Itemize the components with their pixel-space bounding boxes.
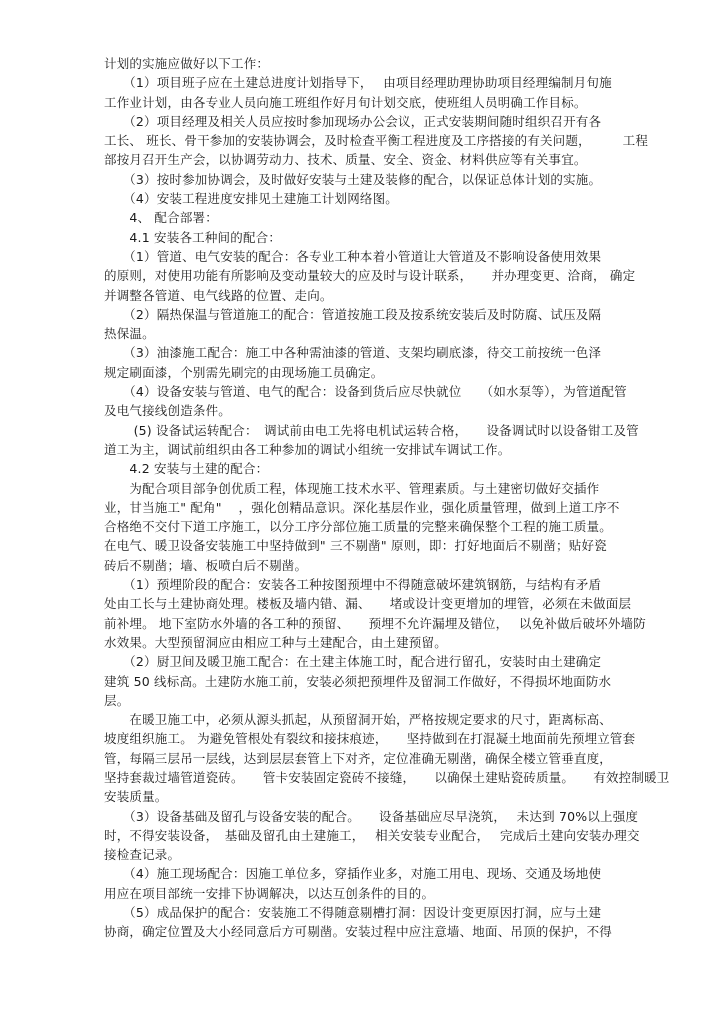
text-line: 坡度组织施工。 为避免管根处有裂纹和接抹痕迹， 坚持做到在打混凝土地面前先预埋立… bbox=[104, 729, 644, 748]
section-heading-4-2: 4.2 安装与土建的配合： bbox=[104, 459, 644, 478]
section-heading-4: 4、 配合部署： bbox=[104, 208, 644, 227]
text-line: 工长、 班长、骨干参加的安装协调会，及时检查平衡工程进度及工序搭接的有关问题， … bbox=[104, 131, 644, 150]
text-line: 为配合项目部争创优质工程，体现施工技术水平、管理素质。与土建密切做好交插作 bbox=[104, 479, 644, 498]
text-line: （2）项目经理及相关人员应按时参加现场办公会议，正式安装期间随时组织召开有各 bbox=[104, 112, 644, 131]
text-line: 时，不得安装设备， 基础及留孔由土建施工， 相关安装专业配合， 完成后土建向安装… bbox=[104, 826, 644, 845]
text-line: 处由工长与土建协商处理。楼板及墙内错、漏、 堵或设计变更增加的埋管，必须在未做面… bbox=[104, 594, 644, 613]
text-line: 业，甘当施工" 配角" ，强化创精品意识。深化基层作业，强化质量管理，做到上道工… bbox=[104, 498, 644, 517]
text-line: 前补埋。 地下室防水外墙的各工种的预留、 预埋不允许漏埋及错位， 以免补做后破坏… bbox=[104, 614, 644, 633]
text-line: （3）油漆施工配合：施工中各种需油漆的管道、支架均刷底漆，待交工前按统一色泽 bbox=[104, 343, 644, 362]
document-text-block: 计划的实施应做好以下工作： （1）项目班子应在土建总进度计划指导下， 由项目经理… bbox=[104, 54, 644, 942]
text-line: 管，每隔三层吊一层线，达到层层套管上下对齐，定位准确无剔凿，确保全楼立管垂直度， bbox=[104, 749, 644, 768]
text-line: 规定刷面漆，个别需先刷完的由现场施工员确定。 bbox=[104, 363, 644, 382]
text-line: 建筑 50 线标高。土建防水施工前，安装必须把预埋件及留洞工作做好，不得损坏地面… bbox=[104, 672, 644, 691]
text-line: （5）成品保护的配合：安装施工不得随意剔槽打洞：因设计变更原因打洞，应与土建 bbox=[104, 903, 644, 922]
text-line: 并调整各管道、电气线路的位置、走向。 bbox=[104, 286, 644, 305]
text-line: 在暖卫施工中，必须从源头抓起，从预留洞开始，严格按规定要求的尺寸，距离标高、 bbox=[104, 710, 644, 729]
text-line: （4）施工现场配合：因施工单位多，穿插作业多，对施工用电、现场、交通及场地使 bbox=[104, 864, 644, 883]
text-line: 工作业计划，由各专业人员向施工班组作好月旬计划交底，使班组人员明确工作目标。 bbox=[104, 93, 644, 112]
text-line: 部按月召开生产会，以协调劳动力、技术、质量、安全、资金、材料供应等有关事宜。 bbox=[104, 150, 644, 169]
text-line: 热保温。 bbox=[104, 324, 644, 343]
text-line: 接检查记录。 bbox=[104, 845, 644, 864]
text-line: （2）厨卫间及暖卫施工配合：在土建主体施工时，配合进行留孔，安装时由土建确定 bbox=[104, 652, 644, 671]
text-line: 计划的实施应做好以下工作： bbox=[104, 54, 644, 73]
section-heading-4-1: 4.1 安装各工种间的配合： bbox=[104, 228, 644, 247]
text-line: 协商，确定位置及大小经同意后方可剔凿。安装过程中应注意墙、地面、吊顶的保护，不得 bbox=[104, 922, 644, 941]
text-line: 合格绝不交付下道工序施工，以分工序分部位施工质量的完整来确保整个工程的施工质量。 bbox=[104, 517, 644, 536]
text-line: （4）设备安装与管道、电气的配合：设备到货后应尽快就位 （如水泵等），为管道配管 bbox=[104, 382, 644, 401]
text-line: 砖后不剔凿；墙、板喷白后不剔凿。 bbox=[104, 556, 644, 575]
text-line: （4）安装工程进度安排见土建施工计划网络图。 bbox=[104, 189, 644, 208]
text-line: 层。 bbox=[104, 691, 644, 710]
text-line: （2）隔热保温与管道施工的配合：管道按施工段及按系统安装后及时防腐、试压及隔 bbox=[104, 305, 644, 324]
text-line: 用应在项目部统一安排下协调解决，以达互创条件的目的。 bbox=[104, 884, 644, 903]
text-line: 坚持套裁过墙管道瓷砖。 管卡安装固定瓷砖不接缝， 以确保土建贴瓷砖质量。 有效控… bbox=[104, 768, 644, 787]
text-line: 在电气、暖卫设备安装施工中坚持做到" 三不剔凿" 原则，即：打好地面后不剔凿；贴… bbox=[104, 536, 644, 555]
text-line: 道工为主，调试前组织由各工种参加的调试小组统一安排试车调试工作。 bbox=[104, 440, 644, 459]
text-line: 安装质量。 bbox=[104, 787, 644, 806]
text-line: （1）预埋阶段的配合：安装各工种按图预埋中不得随意破坏建筑钢筋，与结构有矛盾 bbox=[104, 575, 644, 594]
text-line: 的原则，对使用功能有所影响及变动量较大的应及时与设计联系， 并办理变更、洽商， … bbox=[104, 266, 644, 285]
text-line: （1）项目班子应在土建总进度计划指导下， 由项目经理助理协助项目经理编制月旬施 bbox=[104, 73, 644, 92]
text-line: （1）管道、电气安装的配合：各专业工种本着小管道让大管道及不影响设备使用效果 bbox=[104, 247, 644, 266]
text-line: （3）设备基础及留孔与设备安装的配合。 设备基础应尽早浇筑， 未达到 70%以上… bbox=[104, 807, 644, 826]
text-line: （3）按时参加协调会，及时做好安装与土建及装修的配合，以保证总体计划的实施。 bbox=[104, 170, 644, 189]
text-line: (5) 设备试运转配合： 调试前由电工先将电机试运转合格， 设备调试时以设备钳工… bbox=[104, 421, 644, 440]
document-page: 计划的实施应做好以下工作： （1）项目班子应在土建总进度计划指导下， 由项目经理… bbox=[0, 0, 724, 1024]
text-line: 及电气接线创造条件。 bbox=[104, 401, 644, 420]
text-line: 水效果。大型预留洞应由相应工种与土建配合，由土建预留。 bbox=[104, 633, 644, 652]
